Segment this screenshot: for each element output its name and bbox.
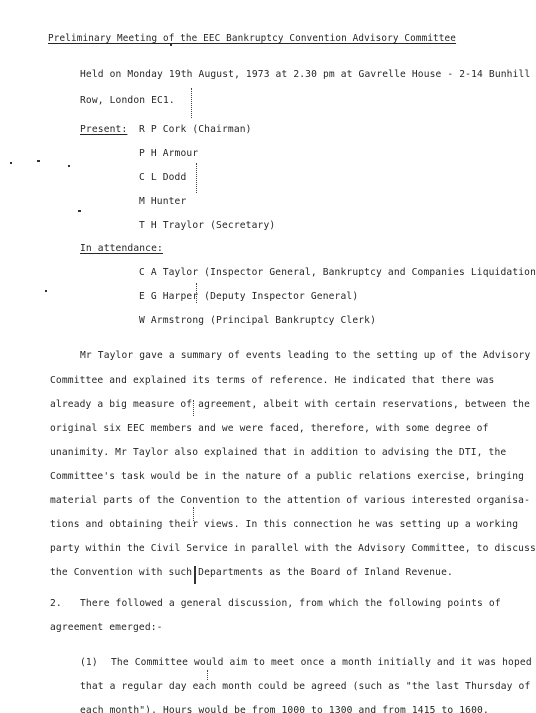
paragraph-1-line: Mr Taylor gave a summary of events leadi… xyxy=(80,350,530,362)
scan-artifact-speck xyxy=(170,44,172,46)
attendance-member: C A Taylor (Inspector General, Bankruptc… xyxy=(139,267,536,279)
scan-artifact-mark xyxy=(193,507,195,521)
paragraph-1-line: original six EEC members and we were fac… xyxy=(50,423,489,435)
scan-artifact-mark xyxy=(194,566,197,584)
attendance-member: E G Harper (Deputy Inspector General) xyxy=(139,291,358,303)
paragraph-1-line: the Convention with such Departments as … xyxy=(50,567,453,579)
scan-artifact-mark xyxy=(196,283,198,303)
item-1-line: The Committee would aim to meet once a m… xyxy=(111,657,532,669)
meeting-details-line-2: Row, London EC1. xyxy=(80,95,175,107)
scan-artifact-mark xyxy=(196,163,198,193)
item-1-line: that a regular day each month could be a… xyxy=(80,681,530,693)
item-1-line: each month"). Hours would be from 1000 t… xyxy=(80,705,489,713)
paragraph-1-line: already a big measure of agreement, albe… xyxy=(50,399,530,411)
scan-artifact-speck xyxy=(10,162,12,164)
present-member: P H Armour xyxy=(139,148,198,160)
present-member: R P Cork (Chairman) xyxy=(139,124,252,136)
scan-artifact-speck xyxy=(68,165,70,167)
document-page: Preliminary Meeting of the EEC Bankruptc… xyxy=(0,0,536,713)
paragraph-2-line: agreement emerged:- xyxy=(50,622,163,634)
scan-artifact-mark xyxy=(193,400,195,416)
paragraph-1-line: tions and obtaining their views. In this… xyxy=(50,519,518,531)
paragraph-1-line: Committee's task would be in the nature … xyxy=(50,471,524,483)
document-title: Preliminary Meeting of the EEC Bankruptc… xyxy=(48,33,456,45)
scan-artifact-speck xyxy=(78,210,81,212)
meeting-details-line-1: Held on Monday 19th August, 1973 at 2.30… xyxy=(80,69,530,81)
present-member: T H Traylor (Secretary) xyxy=(139,220,275,232)
present-label: Present: xyxy=(80,124,127,136)
paragraph-1-line: material parts of the Convention to the … xyxy=(50,495,530,507)
item-1-number: (1) xyxy=(80,657,98,669)
present-member: C L Dodd xyxy=(139,172,186,184)
paragraph-1-line: unanimity. Mr Taylor also explained that… xyxy=(50,447,506,459)
present-member: M Hunter xyxy=(139,196,186,208)
paragraph-2-number: 2. xyxy=(50,598,62,610)
attendance-member: W Armstrong (Principal Bankruptcy Clerk) xyxy=(139,315,376,327)
attendance-label: In attendance: xyxy=(80,243,163,255)
scan-artifact-mark xyxy=(207,670,209,680)
paragraph-1-line: party within the Civil Service in parall… xyxy=(50,543,536,555)
scan-artifact-speck xyxy=(45,290,47,292)
scan-artifact-mark xyxy=(191,88,193,118)
paragraph-2-line: There followed a general discussion, fro… xyxy=(80,598,501,610)
scan-artifact-speck xyxy=(37,160,40,162)
paragraph-1-line: Committee and explained its terms of ref… xyxy=(50,375,494,387)
